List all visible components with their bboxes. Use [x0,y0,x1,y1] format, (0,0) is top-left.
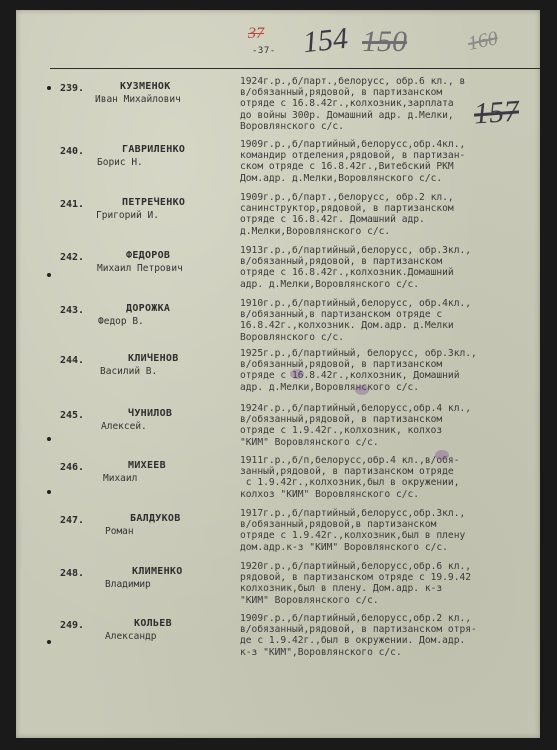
entry-number: 244. [60,355,84,366]
entry-biography: 1911г.р.,б/п,белорусс,обр.4 кл.,в/обя- з… [240,455,540,500]
entry-surname: КОЛЬЕВ [134,618,172,629]
entry-number: 240. [60,146,84,157]
entry-number: 239. [60,83,84,94]
entry-surname: ФЕДОРОВ [126,250,170,261]
entry-given-name: Михаил Петрович [97,263,183,274]
page-number-typed: -37- [252,46,276,56]
entry-biography: 1917г.р.,б/партийный,белорусс,обр.3кл., … [240,508,540,553]
entry-biography: 1909г.р.,б/парт.,белорусс, обр.2 кл., са… [240,192,540,237]
entry-given-name: Василий В. [100,366,157,377]
entry-given-name: Алексей. [101,421,147,432]
entry-surname: БАЛДУКОВ [130,513,181,524]
entry-surname: ПЕТРЕЧЕНКО [122,197,185,208]
entry-biography: 1925г.р.,б/партийный, белорусс, обр.3кл.… [240,348,540,393]
entry-given-name: Федор В. [98,316,144,327]
entry-given-name: Александр [105,631,156,642]
entry-number: 245. [60,410,84,421]
entry-number: 242. [60,252,84,263]
entry-given-name: Роман [105,526,134,537]
ink-stamp-mark [435,450,449,460]
entry-number: 247. [60,515,84,526]
entry-surname: КЛИМЕНКО [132,566,183,577]
handwritten-crossed-number: 150 [362,25,407,59]
entry-given-name: Григорий И. [96,210,159,221]
page-number-red-crossed: 37 [248,25,264,43]
entry-biography: 1910г.р.,б/партийный,белорусс, обр.4кл.,… [240,298,540,343]
ink-stamp-mark [355,385,369,395]
entry-given-name: Борис Н. [97,157,143,168]
entry-number: 243. [60,305,84,316]
entry-surname: КЛИЧЕНОВ [128,353,179,364]
entry-given-name: Михаил [103,473,137,484]
entry-biography: 1924г.р.,б/партийный,белорусс,обр.4 кл.,… [240,403,540,448]
entry-number: 241. [60,199,84,210]
entry-surname: КУЗМЕНОК [120,81,171,92]
entry-number: 249. [60,620,84,631]
entry-surname: ГАВРИЛЕНКО [122,144,185,155]
entry-biography: 1909г.р.,б/партийный,белорусс,обр.4кл., … [240,139,540,184]
entry-surname: ЧУНИЛОВ [128,408,172,419]
entry-surname: МИХЕЕВ [128,460,166,471]
punch-hole [47,273,51,277]
entry-given-name: Иван Михайлович [95,94,181,105]
punch-hole [47,437,51,441]
entry-biography: 1909г.р.,б/партийный,белорусс,обр.2 кл.,… [240,613,540,658]
ink-stamp-mark [290,369,304,379]
header-rule [50,68,540,69]
entry-surname: ДОРОЖКА [126,303,170,314]
entry-number: 248. [60,568,84,579]
entry-biography: 1924г.р.,б/парт.,белорусс, обр.6 кл., в … [240,76,540,132]
handwritten-page-number: 154 [301,22,349,61]
punch-hole [47,490,51,494]
punch-hole [47,640,51,644]
entry-biography: 1913г.р.,б/партийный,белорусс, обр.3кл.,… [240,245,540,290]
entry-biography: 1920г.р.,б/партийный,белорусс,обр.6 кл.,… [240,561,540,606]
entry-given-name: Владимир [105,579,151,590]
punch-hole [47,86,51,90]
entry-number: 246. [60,462,84,473]
